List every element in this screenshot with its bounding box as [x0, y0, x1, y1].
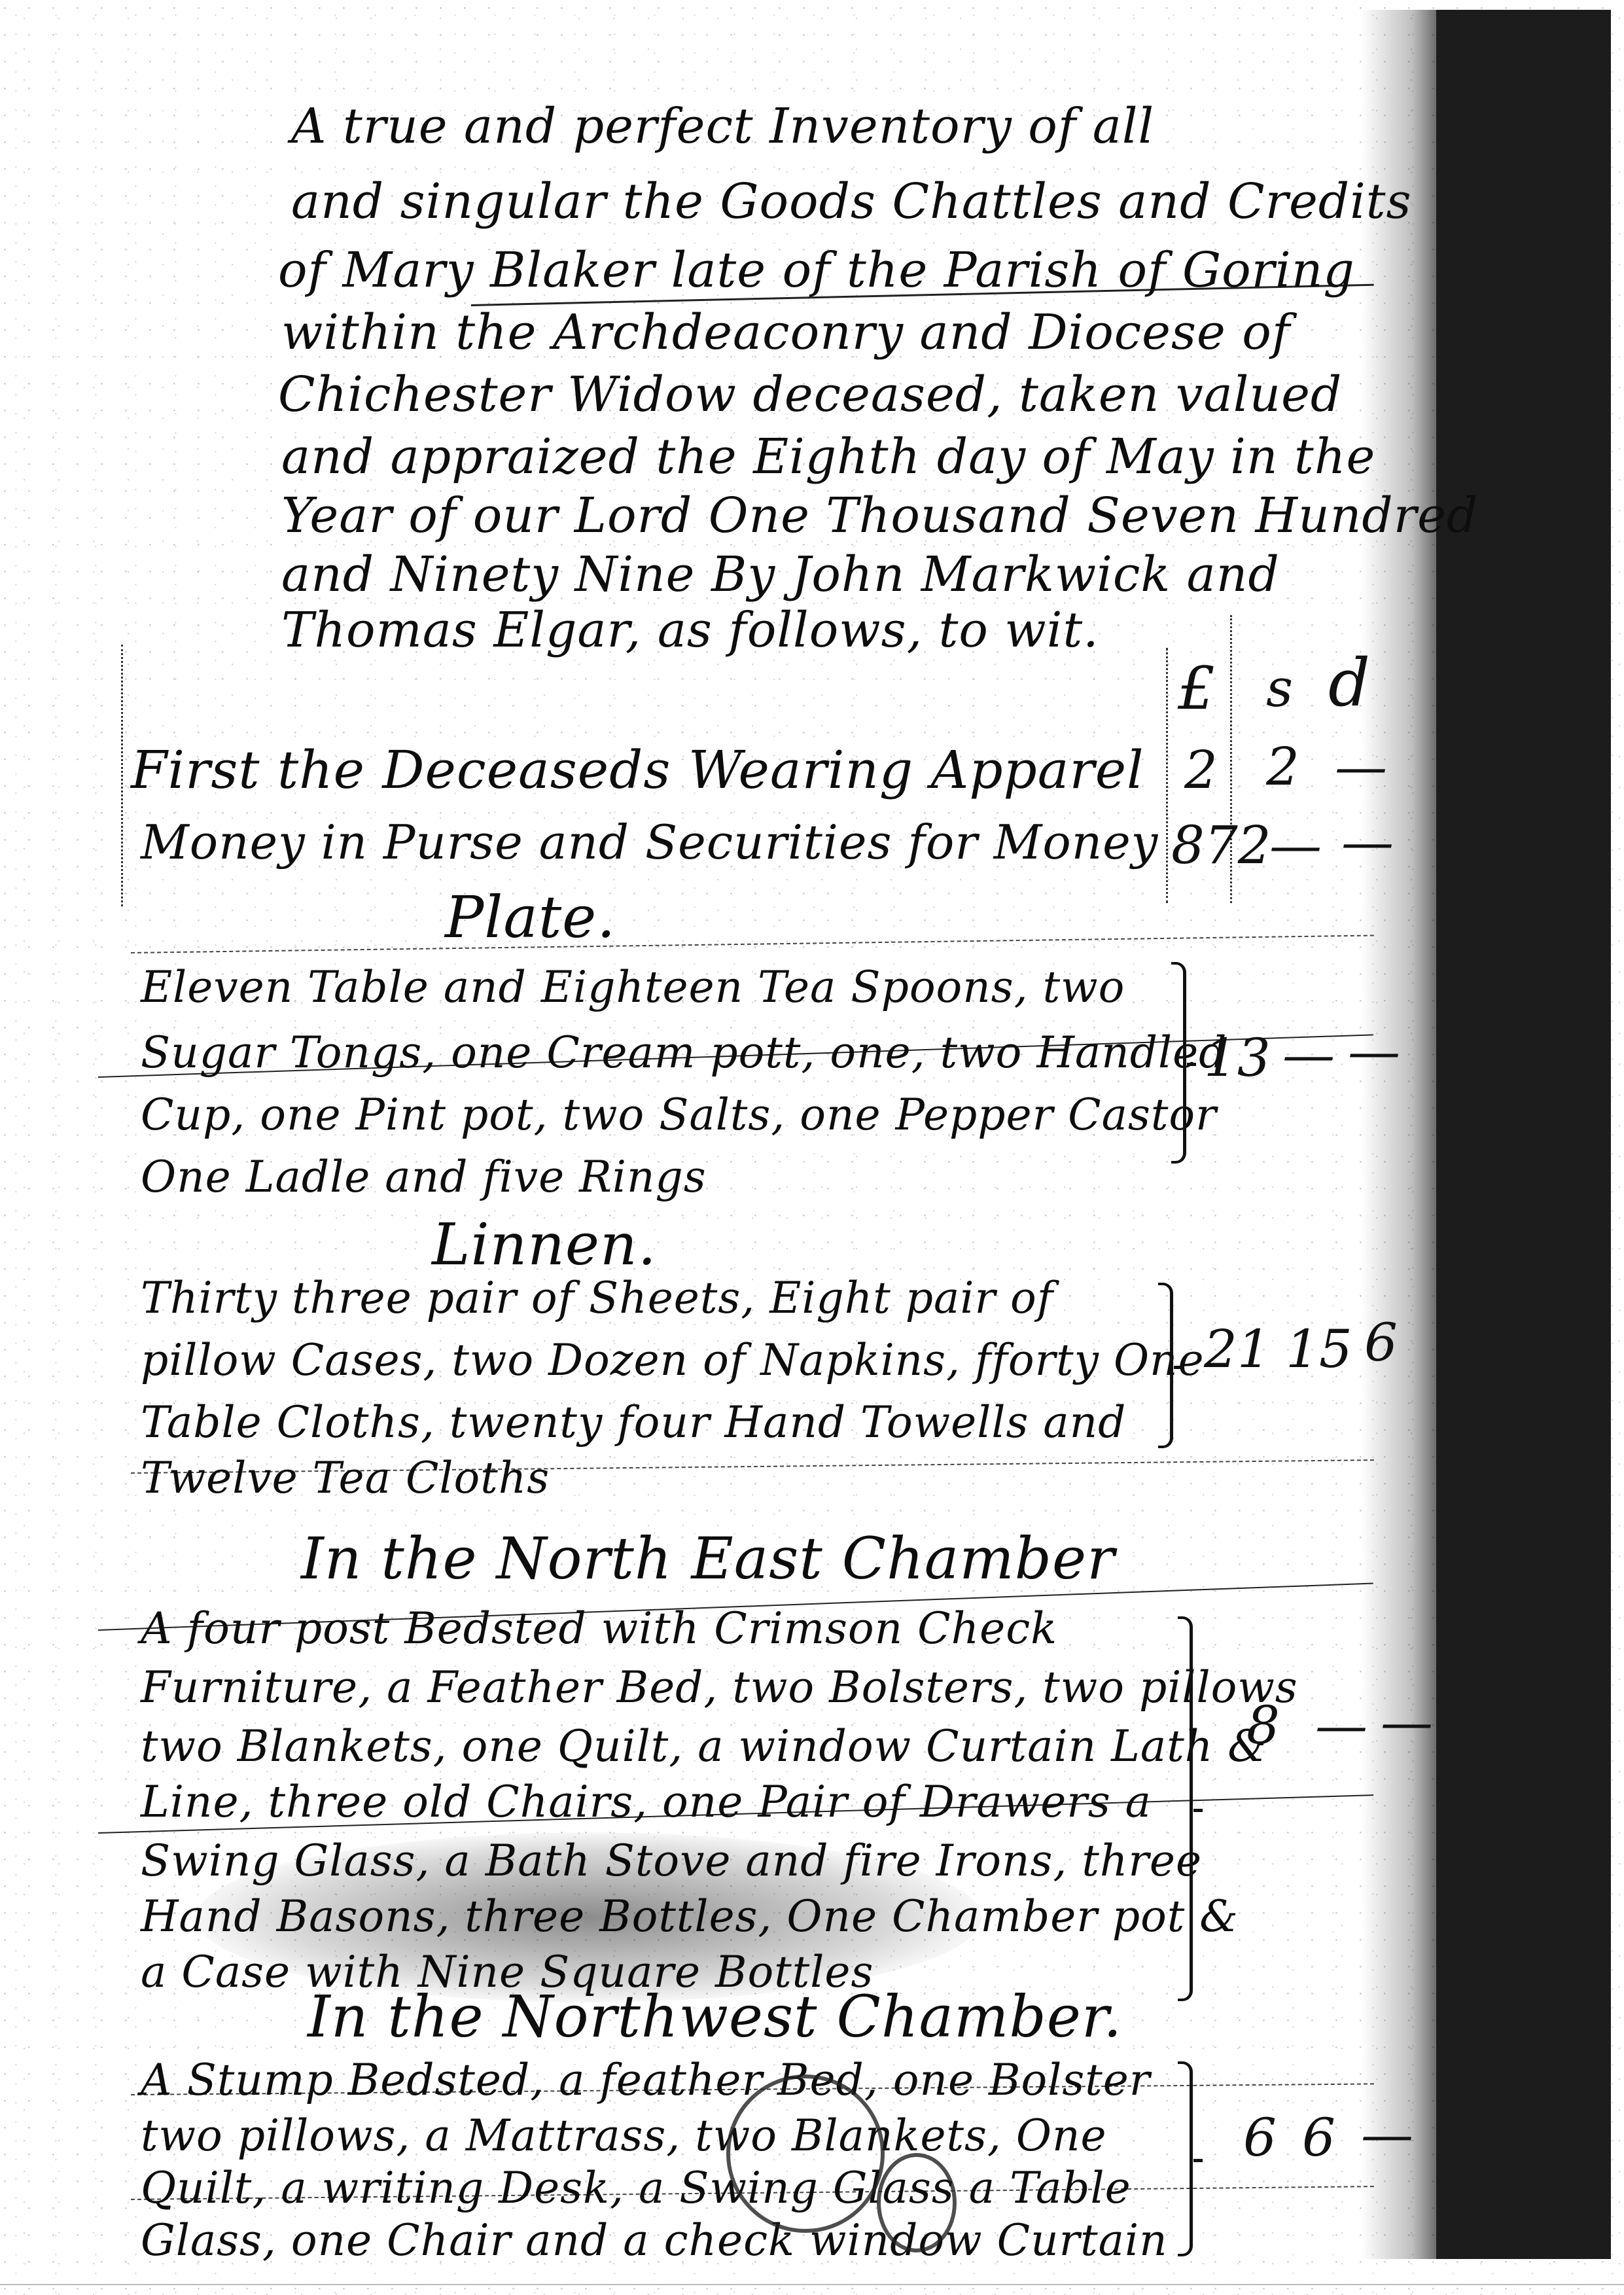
title-line-2: and singular the Goods Chattles and Cred…: [291, 173, 1412, 230]
ne-shillings: —: [1315, 1695, 1368, 1756]
money-pounds: 872: [1171, 815, 1271, 876]
money-shillings: —: [1269, 815, 1322, 876]
ne-line-4: Line, three old Chairs, one Pair of Draw…: [141, 1777, 1152, 1827]
ne-bracket: [1178, 1616, 1193, 2001]
pence-header: d: [1328, 645, 1370, 721]
left-margin-rule: [121, 645, 123, 906]
linnen-shillings: 15: [1286, 1319, 1352, 1379]
water-stain: [196, 1832, 981, 2002]
binding-shadow-gradient: [1361, 10, 1446, 2259]
ne-pence: —: [1381, 1692, 1433, 1752]
nw-pence: —: [1361, 2104, 1413, 2165]
title-line-1: A true and perfect Inventory of all: [291, 98, 1154, 154]
nw-shillings: 6: [1302, 2107, 1335, 2168]
ink-stamp-seal: [726, 2074, 885, 2233]
dashed-ruled-line: [131, 934, 1374, 955]
plate-pounds: 13: [1204, 1027, 1271, 1088]
ne-line-3: two Blankets, one Quilt, a window Curtai…: [141, 1721, 1267, 1771]
title-line-7: Year of our Lord One Thousand Seven Hund…: [281, 488, 1478, 544]
plate-line-3: Cup, one Pint pot, two Salts, one Pepper…: [141, 1090, 1217, 1140]
nw-line-2: two pillows, a Mattrass, two Blankets, O…: [141, 2110, 1107, 2161]
entry-money: Money in Purse and Securities for Money: [141, 815, 1158, 870]
heading-northwest-chamber: In the Northwest Chamber.: [308, 1983, 1122, 2050]
apparel-pence: —: [1335, 736, 1387, 797]
linnen-pounds: 21: [1204, 1319, 1271, 1379]
page-bottom-edge: [0, 2284, 1624, 2285]
nw-line-4: Glass, one Chair and a check window Curt…: [141, 2215, 1168, 2266]
ne-line-1: A four post Bedsted with Crimson Check: [141, 1603, 1057, 1654]
plate-line-2: Sugar Tongs, one Cream pott, one, two Ha…: [141, 1027, 1227, 1078]
apparel-shillings: 2: [1266, 736, 1299, 797]
plate-line-1: Eleven Table and Eighteen Tea Spoons, tw…: [141, 962, 1125, 1012]
linnen-line-4: Twelve Tea Cloths: [141, 1453, 550, 1503]
linnen-line-3: Table Cloths, twenty four Hand Towells a…: [141, 1397, 1126, 1448]
nw-line-3: Quilt, a writing Desk, a Swing Glass a T…: [141, 2163, 1131, 2213]
nw-line-1: A Stump Bedsted, a feather Bed, one Bols…: [141, 2055, 1150, 2105]
pounds-header: £: [1178, 654, 1215, 723]
plate-line-4: One Ladle and five Rings: [141, 1152, 707, 1202]
title-line-5: Chichester Widow deceased, taken valued: [278, 366, 1342, 423]
title-line-4: within the Archdeaconry and Diocese of: [281, 304, 1290, 361]
title-line-3: of Mary Blaker late of the Parish of Gor…: [278, 242, 1355, 298]
linnen-line-2: pillow Cases, two Dozen of Napkins, ffor…: [141, 1335, 1205, 1385]
plate-shillings: —: [1282, 1024, 1335, 1085]
title-line-6: and appraized the Eighth day of May in t…: [281, 429, 1375, 485]
money-pence: —: [1341, 811, 1394, 872]
ne-line-2: Furniture, a Feather Bed, two Bolsters, …: [141, 1662, 1298, 1713]
title-line-8: and Ninety Nine By John Markwick and: [281, 546, 1280, 603]
heading-plate: Plate.: [445, 883, 616, 951]
nw-pounds: 6: [1243, 2107, 1277, 2168]
linnen-line-1: Thirty three pair of Sheets, Eight pair …: [141, 1273, 1053, 1323]
heading-linnen: Linnen.: [432, 1211, 657, 1278]
plate-bracket: [1171, 962, 1186, 1164]
pounds-column-divider: [1166, 648, 1168, 903]
scanned-document-page: A true and perfect Inventory of all and …: [0, 0, 1624, 2295]
title-line-9: Thomas Elgar, as follows, to wit.: [281, 602, 1099, 658]
linnen-pence: 6: [1364, 1312, 1398, 1373]
shillings-header: s: [1266, 658, 1293, 719]
plate-pence: —: [1348, 1021, 1400, 1082]
nw-bracket: [1178, 2061, 1193, 2256]
linnen-bracket: [1158, 1283, 1173, 1448]
ne-pounds: 8: [1246, 1695, 1280, 1756]
entry-apparel: First the Deceaseds Wearing Apparel: [131, 739, 1144, 800]
apparel-pounds: 2: [1184, 739, 1218, 800]
binding-shadow-band: [1436, 10, 1611, 2259]
heading-north-east-chamber: In the North East Chamber: [301, 1525, 1115, 1592]
ink-stamp-seal-small: [877, 2153, 957, 2252]
